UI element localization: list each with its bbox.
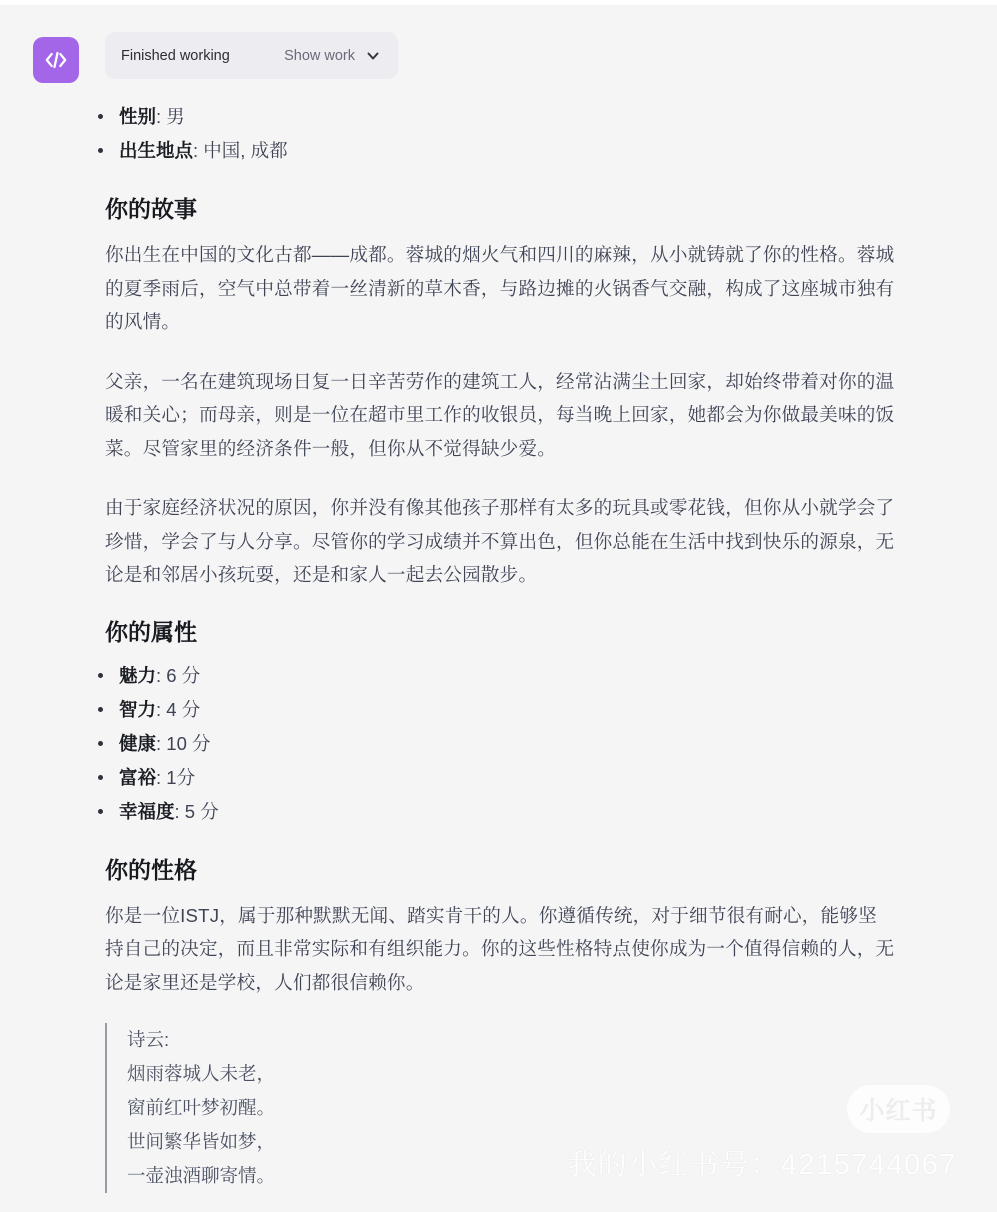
poem-line: 窗前红叶梦初醒。: [127, 1091, 895, 1125]
item-value: 5 分: [185, 801, 219, 822]
show-work-pill[interactable]: Finished working Show work: [105, 32, 398, 79]
list-item: 富裕1分: [105, 761, 895, 795]
item-label: 出生地点: [119, 140, 203, 161]
item-value: 4 分: [166, 699, 200, 720]
list-item: 幸福度5 分: [105, 795, 895, 829]
show-work-toggle[interactable]: Show work: [284, 48, 381, 64]
poem-line: 诗云:: [127, 1023, 895, 1057]
assistant-message-row: Finished working Show work 性别男 出生地点中国, 成…: [0, 5, 997, 1193]
story-paragraph-3: 由于家庭经济状况的原因，你并没有像其他孩子那样有太多的玩具或零花钱，但你从小就学…: [105, 491, 895, 592]
work-status-label: Finished working: [121, 48, 230, 64]
personality-paragraph: 你是一位ISTJ，属于那种默默无闻、踏实肯干的人。你遵循传统，对于细节很有耐心，…: [105, 899, 895, 1000]
profile-list: 性别男 出生地点中国, 成都: [105, 100, 895, 168]
list-item: 出生地点中国, 成都: [105, 134, 895, 168]
list-item: 魅力6 分: [105, 659, 895, 693]
poem-line: 烟雨蓉城人未老，: [127, 1057, 895, 1091]
chevron-down-icon: [365, 48, 381, 64]
show-work-label: Show work: [284, 48, 355, 64]
item-value: 6 分: [166, 665, 200, 686]
item-value: 1分: [166, 767, 195, 788]
story-paragraph-2: 父亲，一名在建筑现场日复一日辛苦劳作的建筑工人，经常沾满尘土回家，却始终带着对你…: [105, 365, 895, 466]
section-title-story: 你的故事: [105, 196, 895, 222]
item-label: 富裕: [119, 767, 166, 788]
section-title-attributes: 你的属性: [105, 619, 895, 645]
item-value: 10 分: [166, 733, 210, 754]
item-label: 智力: [119, 699, 166, 720]
item-label: 幸福度: [119, 801, 185, 822]
list-item: 智力4 分: [105, 693, 895, 727]
section-title-personality: 你的性格: [105, 857, 895, 883]
xiaohongshu-logo-badge: 小红书: [847, 1085, 950, 1133]
assistant-message: Finished working Show work 性别男 出生地点中国, 成…: [105, 32, 895, 1193]
item-value: 男: [166, 106, 185, 127]
xiaohongshu-id-watermark: 我的小红书号：4215744067: [567, 1142, 957, 1183]
attributes-list: 魅力6 分 智力4 分 健康10 分 富裕1分 幸福度5 分: [105, 659, 895, 829]
item-label: 魅力: [119, 665, 166, 686]
story-paragraph-1: 你出生在中国的文化古都——成都。蓉城的烟火气和四川的麻辣，从小就铸就了你的性格。…: [105, 238, 895, 339]
list-item: 健康10 分: [105, 727, 895, 761]
item-label: 性别: [119, 106, 166, 127]
item-label: 健康: [119, 733, 166, 754]
code-interpreter-avatar: [33, 37, 79, 83]
item-value: 中国, 成都: [203, 140, 287, 161]
list-item: 性别男: [105, 100, 895, 134]
code-icon: [43, 47, 69, 73]
